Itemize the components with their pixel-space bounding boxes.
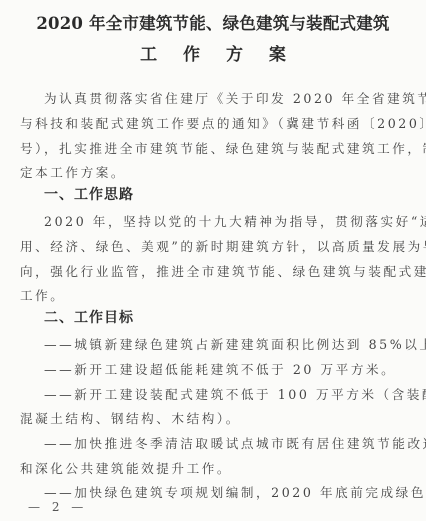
goal-item-continued: 混凝土结构、钢结构、木结构）。 (20, 408, 241, 427)
document-subtitle: 工 作 方 案 (0, 40, 426, 65)
paragraph-line: 2020 年，坚持以党的十九大精神为指导，贯彻落实好“适 (44, 211, 426, 230)
goal-item: ——加快绿色建筑专项规划编制，2020 年底前完成绿色建 (44, 482, 426, 501)
intro-line: 定本工作方案。 (20, 162, 126, 181)
intro-line: 与科技和装配式建筑工作要点的通知》（冀建节科函〔2020〕33 (20, 113, 426, 132)
goal-item: ——加快推进冬季清洁取暖试点城市既有居住建筑节能改造 (44, 433, 426, 452)
goal-item: ——新开工建设装配式建筑不低于 100 万平方米（含装配式 (44, 384, 426, 403)
document-page: 2020 年全市建筑节能、绿色建筑与装配式建筑 工 作 方 案 为认真贯彻落实省… (0, 0, 426, 521)
goal-item: ——城镇新建绿色建筑占新建建筑面积比例达到 85%以上。 (44, 334, 426, 353)
page-number: — 2 — (28, 500, 87, 514)
goal-item-continued: 和深化公共建筑能效提升工作。 (20, 458, 232, 477)
document-title: 2020 年全市建筑节能、绿色建筑与装配式建筑 (0, 10, 426, 34)
paragraph-line: 用、经济、绿色、美观”的新时期建筑方针，以高质量发展为导 (20, 236, 426, 255)
section-heading-goals: 二、工作目标 (44, 307, 134, 327)
section-heading-approach: 一、工作思路 (44, 184, 134, 204)
intro-line: 为认真贯彻落实省住建厅《关于印发 2020 年全省建筑节能 (44, 88, 426, 107)
intro-line: 号），扎实推进全市建筑节能、绿色建筑与装配式建筑工作，制 (20, 138, 426, 157)
paragraph-line: 向，强化行业监管，推进全市建筑节能、绿色建筑与装配式建筑 (20, 261, 426, 280)
goal-item: ——新开工建设超低能耗建筑不低于 20 万平方米。 (44, 359, 396, 378)
paragraph-line: 工作。 (20, 285, 65, 304)
